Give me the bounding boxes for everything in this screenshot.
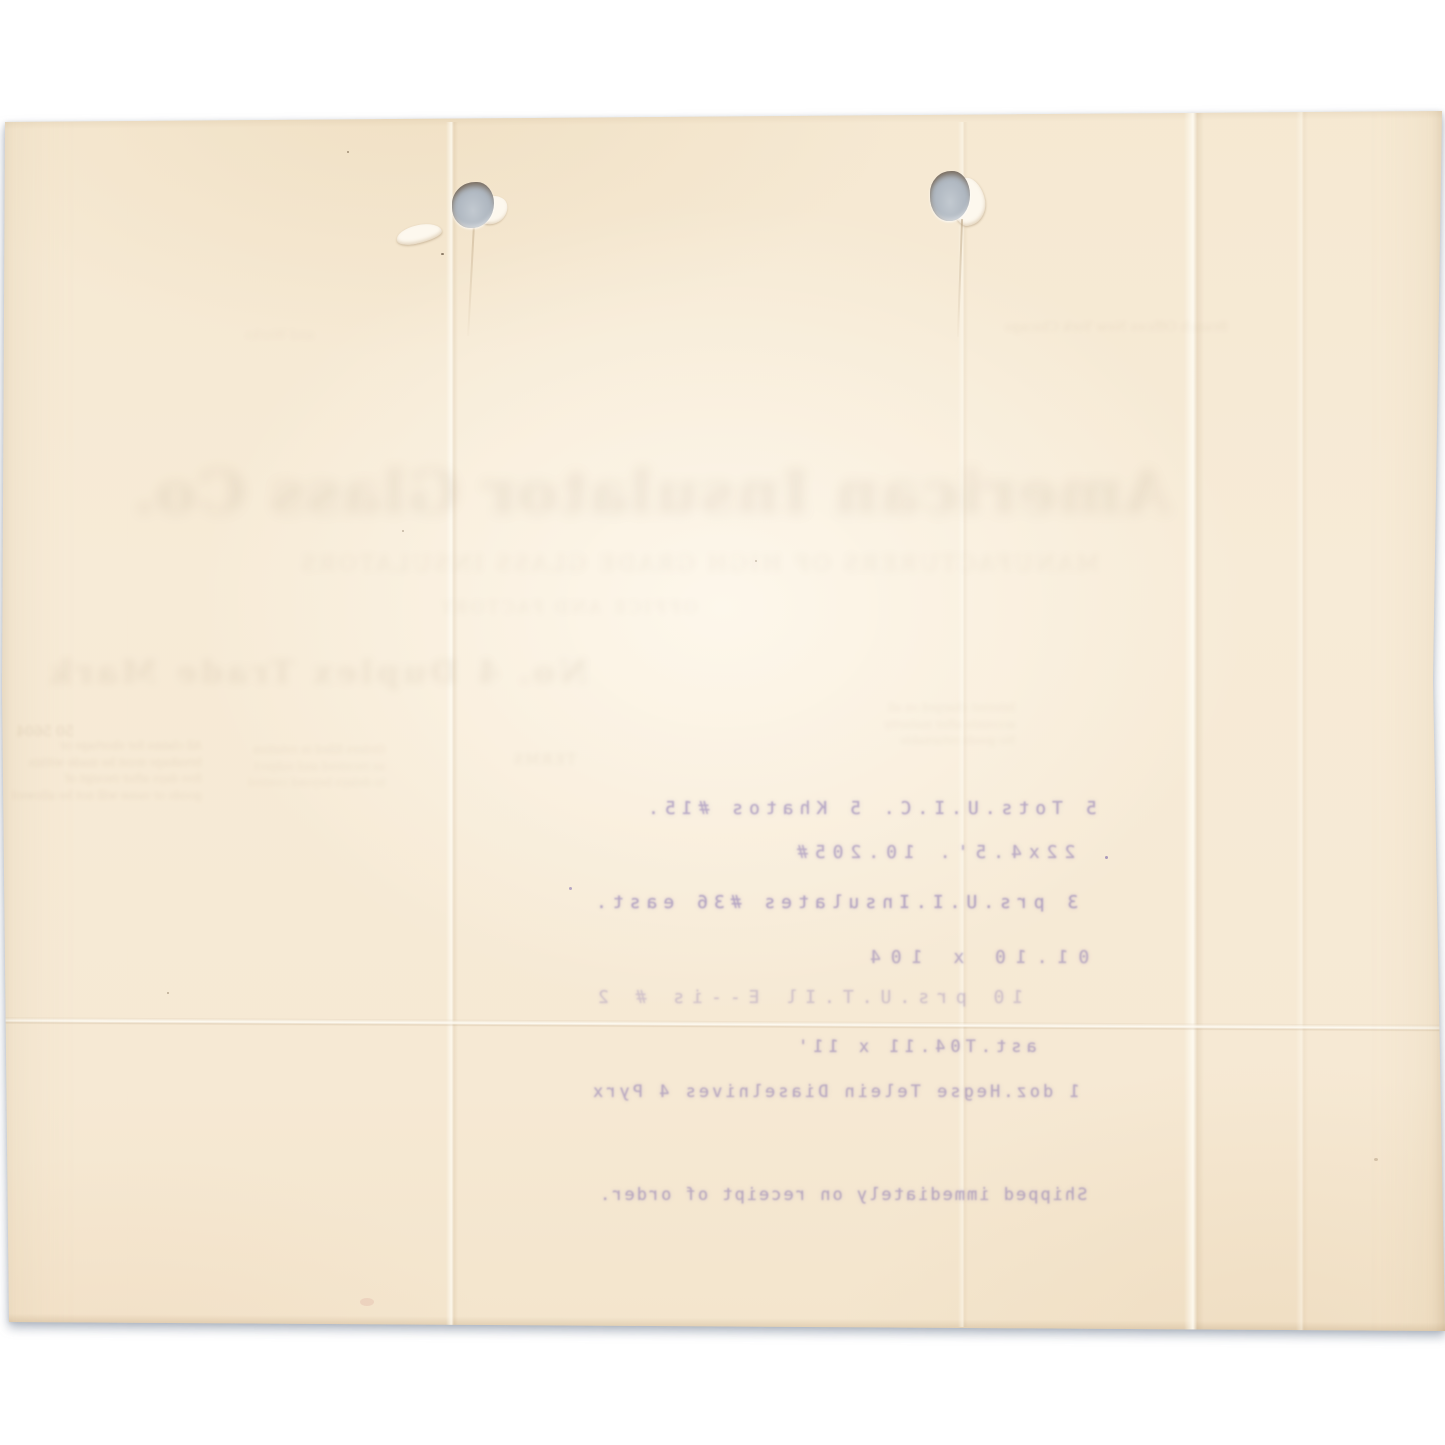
speck [402,530,404,532]
speck [1105,856,1108,859]
punch-hole-left-tear-line [467,226,475,336]
typed-line-3: 3 prs.U.I.Insulates #36 east. [590,892,1078,913]
typed-line-7: 1 doz.Hegse Telein Diaselnives 4 Pyrx [590,1082,1080,1102]
punch-hole-left-torn-scuff [395,220,444,247]
vertical-crease-4 [1296,112,1308,1332]
speck [1374,1158,1378,1161]
punch-hole-right [930,171,970,221]
typed-line-2: 22x4.5'. 10.205# [790,842,1075,863]
ghost-top-center-line: and Works [245,326,315,346]
ghost-company-headline: American Insulator Glass Co. [132,448,1171,538]
speck [347,151,349,153]
paper-shadow-wrap: Branch Offices New York Chicagoand Works… [0,0,1445,1445]
typed-line-4: 01.10 x 104 [860,947,1089,968]
speck [441,253,444,255]
ghost-terms-box: TERMS [512,750,576,771]
ghost-left-fineprint: All claims for shortage or breakage must… [12,738,202,804]
horizontal-fold-crease [0,1017,1445,1032]
typed-line-1: 5 Tots.U.I.C. 5 Khatos #15. [642,798,1097,819]
ghost-subhead-line: MANUFACTURERS OF HIGH GRADE GLASS INSULA… [298,548,1099,581]
typed-line-5: 10 prs.U.T.Il E--is # 2 [590,987,1023,1008]
speck [167,992,169,994]
photo-backdrop: Branch Offices New York Chicagoand Works… [0,0,1445,1445]
vertical-crease-3 [1184,112,1204,1332]
ghost-top-right-line: Branch Offices New York Chicago [1005,318,1228,338]
speck [569,887,572,890]
ghost-right-fineprint: Interest charged on all accounts after m… [884,700,1015,750]
speck [755,560,757,562]
ghost-trademark-line: No. 4 Duplex Trade Mark [46,648,588,696]
typed-line-6: ast.T04.11 x 11' [793,1037,1037,1057]
typed-line-8: Shipped immediately on receipt of order. [598,1185,1087,1205]
punch-hole-right-tear-line [957,219,963,337]
ghost-mid-fineprint: Orders filled in rotation as received an… [248,742,385,792]
speck [360,1298,374,1306]
paper-bottom-edge [0,1314,1445,1338]
vertical-crease-1 [446,122,458,1327]
paper-sheet: Branch Offices New York Chicagoand Works… [0,0,1445,1445]
paper-top-edge [0,103,1445,130]
ghost-office-line: OFFICE AND FACTORY [438,596,698,622]
